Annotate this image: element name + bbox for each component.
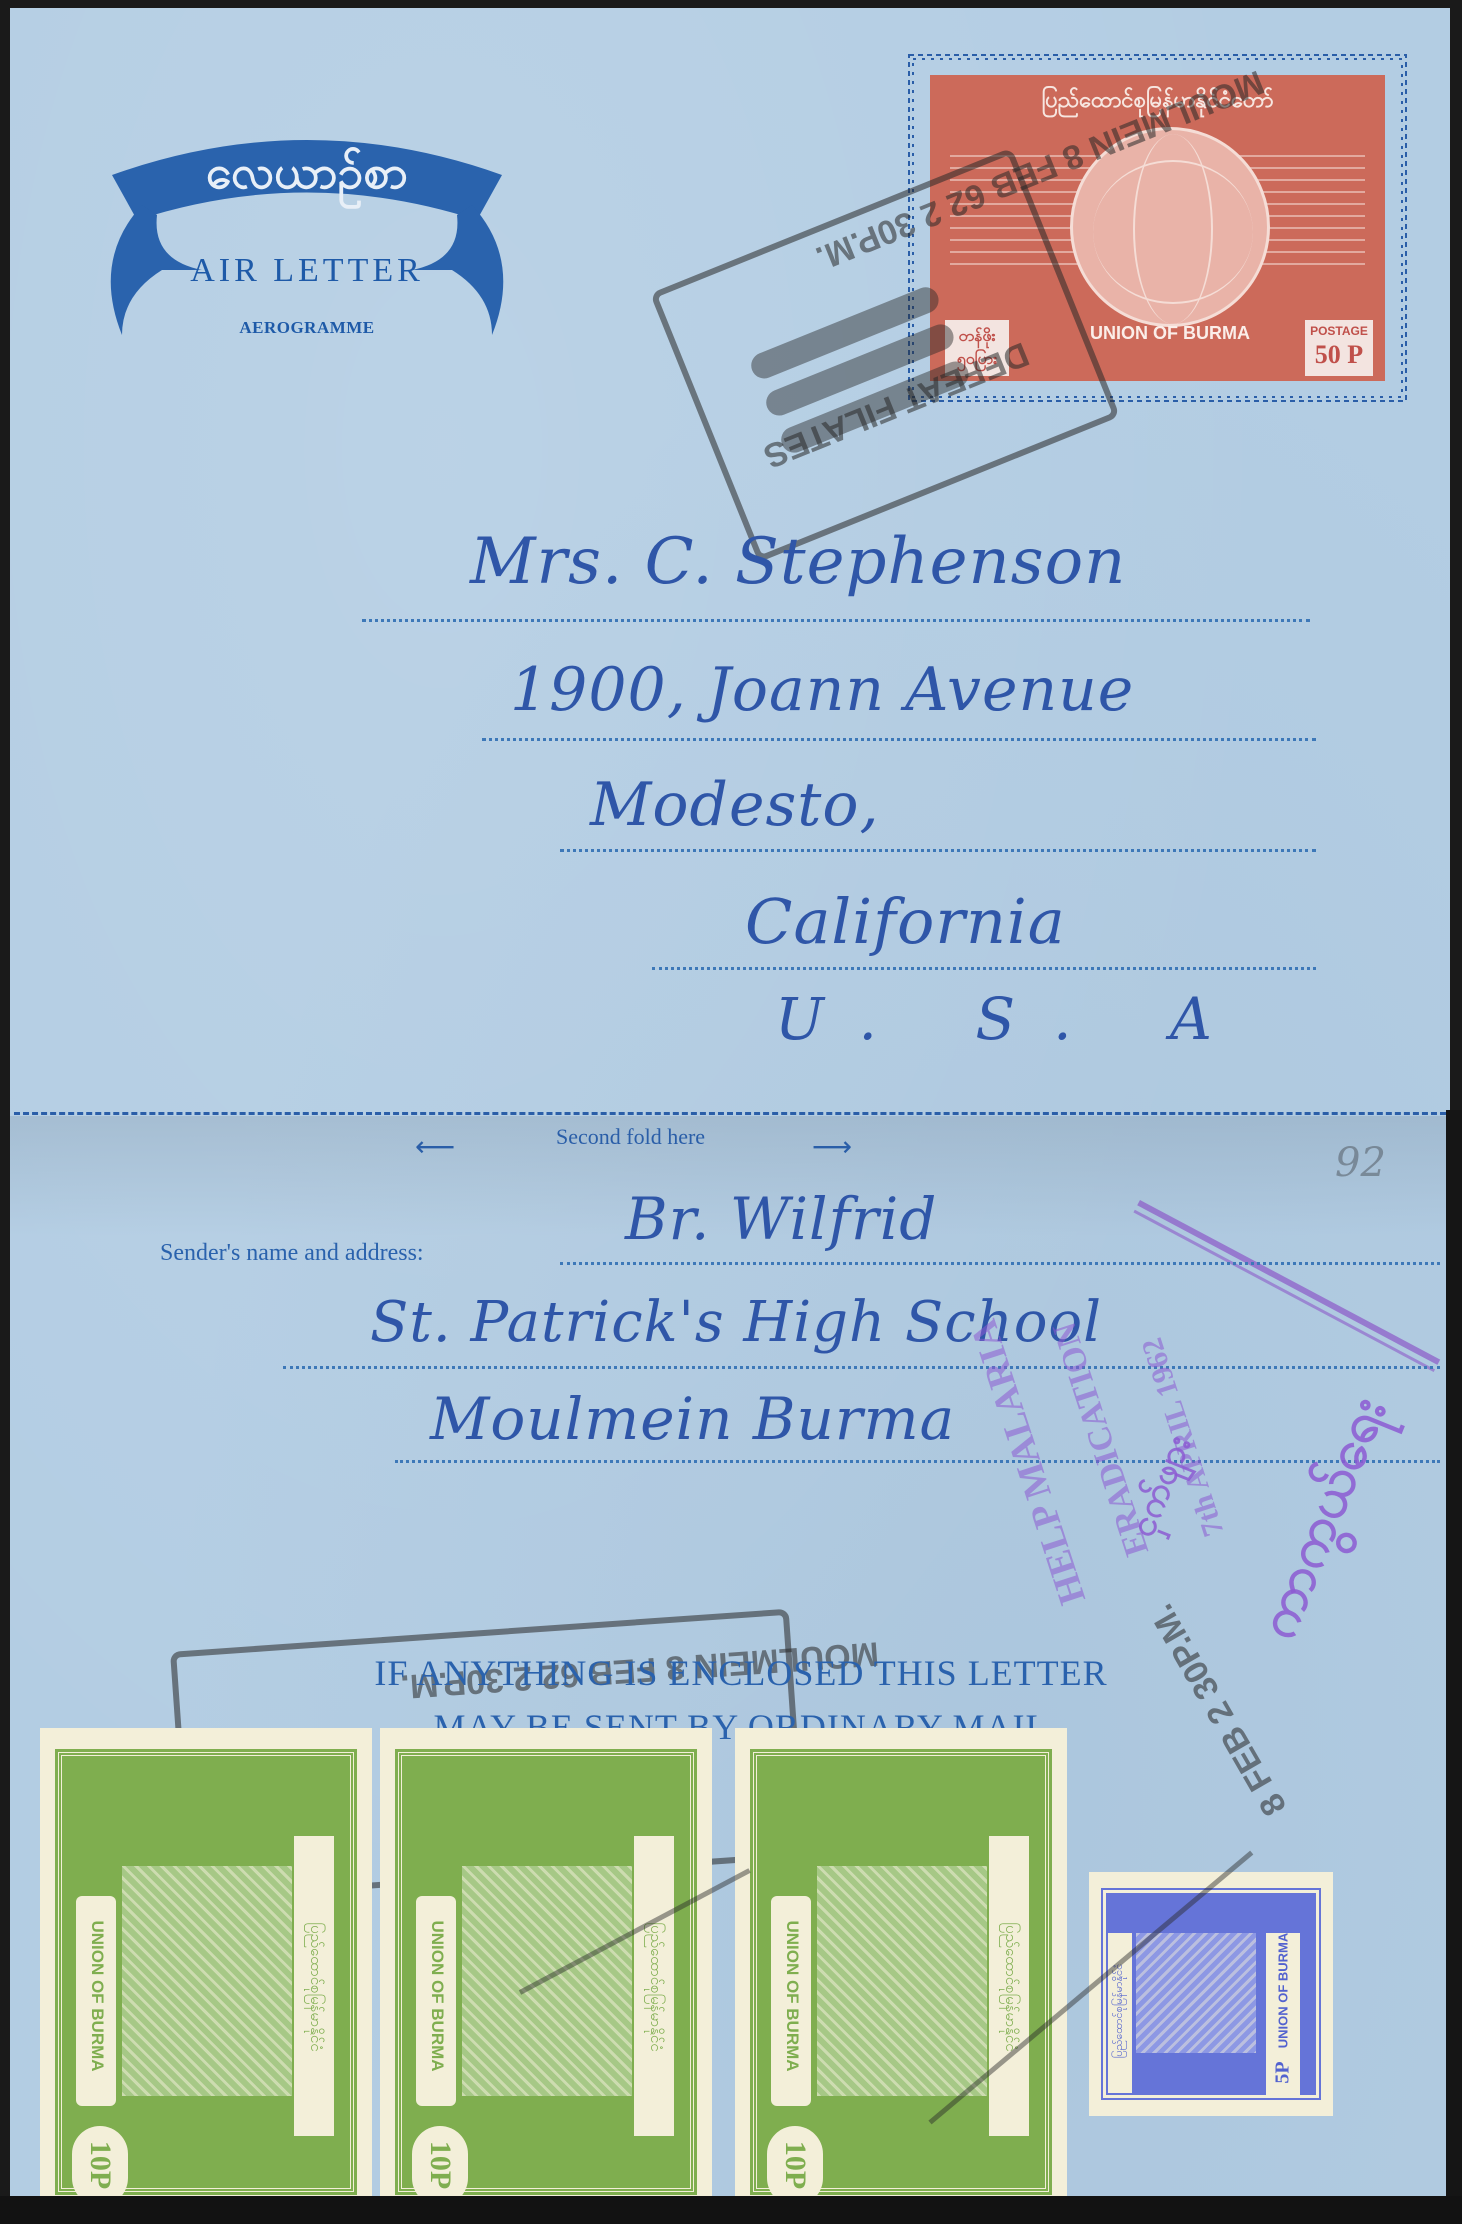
stamp-country: UNION OF BURMA xyxy=(87,1891,107,2101)
recipient-line-1: Mrs. C. Stephenson xyxy=(470,525,1126,599)
harvest-scene-icon xyxy=(1136,1933,1256,2053)
value-cartouche: 10P xyxy=(72,2126,128,2206)
stamp-value-box: POSTAGE 50 P xyxy=(1305,320,1373,376)
stamp-country: UNION OF BURMA xyxy=(782,1891,802,2101)
stamp-value: 10P xyxy=(778,2123,812,2207)
stamp-design: ပြည်ထောင်စုမြန်မာနိုင်ငံ UNION OF BURMA … xyxy=(1103,1890,1319,2098)
air-letter-logo: လေယာဉ်စာ AIR LETTER AEROGRAMME xyxy=(82,120,532,350)
sender-line-1: Br. Wilfrid xyxy=(625,1185,937,1253)
first-fold-line xyxy=(14,1112,1446,1115)
stamp-design: UNION OF BURMA ပြည်ထောင်စုမြန်မာနိုင်ငံ … xyxy=(398,1752,694,2192)
scan-edge-bottom xyxy=(0,2196,1462,2224)
elephant-scene-icon xyxy=(122,1866,292,2096)
sender-label: Sender's name and address: xyxy=(160,1240,424,1267)
elephant-scene-icon xyxy=(817,1866,987,2096)
sender-dotted-line xyxy=(560,1262,1440,1265)
burmese-panel: ပြည်ထောင်စုမြန်မာနိုင်ငံ xyxy=(294,1836,334,2136)
value-cartouche: 10P xyxy=(767,2126,823,2206)
title-burmese: လေယာဉ်စာ xyxy=(82,144,532,211)
burmese-panel: ပြည်ထောင်စုမြန်မာနိုင်ငံ xyxy=(634,1836,674,2136)
address-dotted-line xyxy=(482,738,1316,741)
country-banner: UNION OF BURMA xyxy=(771,1896,811,2106)
value-cartouche: 10P xyxy=(412,2126,468,2206)
second-fold-label: Second fold here xyxy=(556,1124,705,1150)
sender-dotted-line xyxy=(283,1366,1440,1369)
stamp-value: 10P xyxy=(423,2123,457,2207)
stamp-inscription-burmese: ပြည်ထောင်စုမြန်မာနိုင်ငံ xyxy=(303,1857,325,2117)
stamp-design: UNION OF BURMA ပြည်ထောင်စုမြန်မာနိုင်ငံ … xyxy=(753,1752,1049,2192)
adhesive-stamp-10p: UNION OF BURMA ပြည်ထောင်စုမြန်မာနိုင်ငံ … xyxy=(40,1728,372,2216)
subtitle-aerogramme: AEROGRAMME xyxy=(82,318,532,338)
stamp-country: UNION OF BURMA xyxy=(1276,1928,1291,2054)
adhesive-stamp-5p: ပြည်ထောင်စုမြန်မာနိုင်ငံ UNION OF BURMA … xyxy=(1089,1872,1333,2116)
country-banner: UNION OF BURMA xyxy=(416,1896,456,2106)
recipient-line-4: California xyxy=(745,885,1066,958)
country-banner: UNION OF BURMA xyxy=(76,1896,116,2106)
burmese-panel: ပြည်ထောင်စုမြန်မာနိုင်ငံ xyxy=(989,1836,1029,2136)
address-dotted-line xyxy=(362,619,1310,622)
adhesive-stamp-10p: UNION OF BURMA ပြည်ထောင်စုမြန်မာနိုင်ငံ … xyxy=(380,1728,712,2216)
notice-line-1: IF ANYTHING IS ENCLOSED THIS LETTER xyxy=(0,1652,1462,1694)
stamp-value: 50 P xyxy=(1305,340,1373,370)
address-dotted-line xyxy=(560,849,1316,852)
recipient-line-5: U. S. A xyxy=(775,985,1252,1053)
value-panel: 5P xyxy=(1266,2053,1300,2095)
recipient-line-2: 1900, Joann Avenue xyxy=(510,655,1134,725)
stamp-postage-label: POSTAGE xyxy=(1305,324,1373,338)
stamp-value: 10P xyxy=(83,2123,117,2207)
title-air-letter: AIR LETTER xyxy=(82,252,532,290)
pencil-note: 92 xyxy=(1335,1140,1386,1186)
stamp-country: UNION OF BURMA xyxy=(427,1891,447,2101)
elephant-scene-icon xyxy=(462,1866,632,2096)
stamp-design: UNION OF BURMA ပြည်ထောင်စုမြန်မာနိုင်ငံ … xyxy=(58,1752,354,2192)
adhesive-stamp-10p: UNION OF BURMA ပြည်ထောင်စုမြန်မာနိုင်ငံ … xyxy=(735,1728,1067,2216)
stamp-inscription-burmese: ပြည်ထောင်စုမြန်မာနိုင်ငံ xyxy=(998,1857,1020,2117)
sender-dotted-line xyxy=(395,1460,1440,1463)
recipient-line-3: Modesto, xyxy=(590,770,880,840)
country-panel: UNION OF BURMA xyxy=(1266,1933,1300,2053)
stamp-value: 5P xyxy=(1272,2050,1295,2096)
sender-line-3: Moulmein Burma xyxy=(430,1385,955,1453)
arrow-left-icon: ⟵ xyxy=(415,1130,455,1163)
arrow-right-icon: ⟶ xyxy=(812,1130,852,1163)
stamp-inscription-burmese: ပြည်ထောင်စုမြန်မာနိုင်ငံ xyxy=(643,1857,665,2117)
address-dotted-line xyxy=(652,967,1316,970)
